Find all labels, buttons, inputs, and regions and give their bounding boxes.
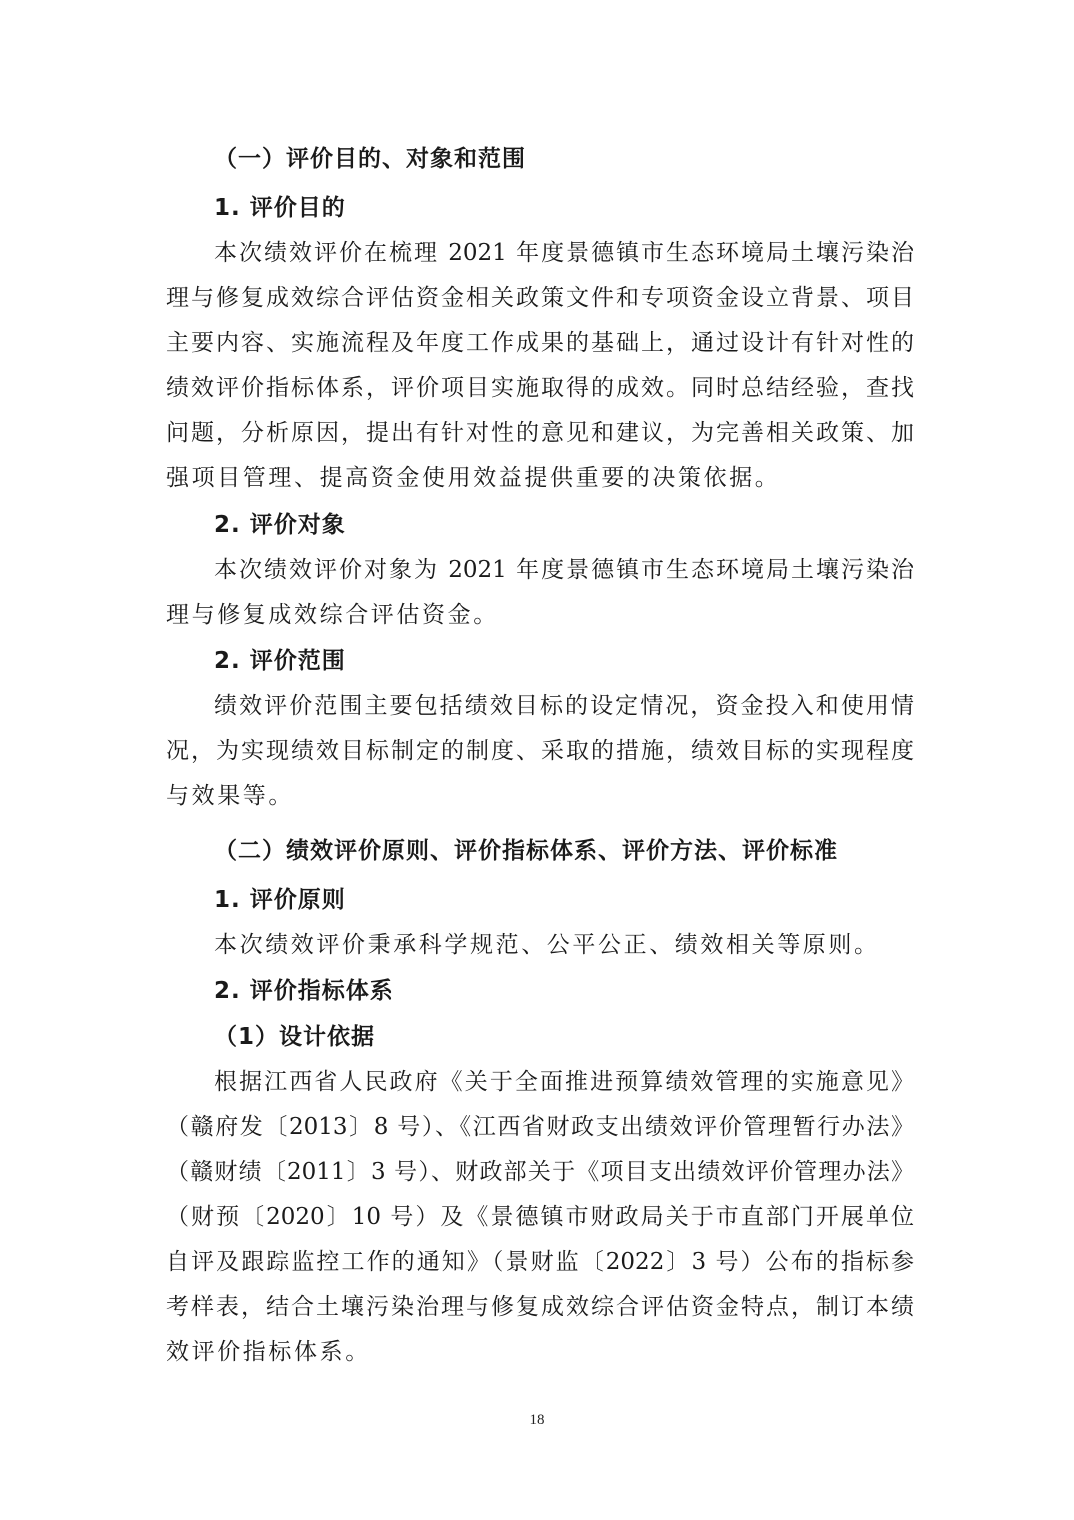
page-number: 18 — [0, 1412, 1074, 1429]
subsection-heading: 2. 评价指标体系 — [214, 976, 962, 1006]
paragraph-line: 根据江西省人民政府《关于全面推进预算绩效管理的实施意见》 — [214, 1067, 914, 1097]
paragraph-line: 强项目管理、提高资金使用效益提供重要的决策依据。 — [166, 463, 914, 493]
section-heading: （二）绩效评价原则、评价指标体系、评价方法、评价标准 — [214, 836, 962, 866]
paragraph-line: 绩效评价指标体系，评价项目实施取得的成效。同时总结经验，查找 — [166, 373, 914, 403]
paragraph-line: 本次绩效评价对象为 2021 年度景德镇市生态环境局土壤污染治 — [214, 555, 914, 585]
paragraph-line: 本次绩效评价在梳理 2021 年度景德镇市生态环境局土壤污染治 — [214, 238, 914, 268]
subsection-heading: 2. 评价对象 — [214, 510, 962, 540]
paragraph-line: 本次绩效评价秉承科学规范、公平公正、绩效相关等原则。 — [214, 930, 914, 960]
paragraph-line: （赣财绩〔2011〕3 号）、财政部关于《项目支出绩效评价管理办法》 — [166, 1157, 914, 1187]
subsection-heading: 2. 评价范围 — [214, 646, 962, 676]
subsection-heading: 1. 评价原则 — [214, 885, 962, 915]
paragraph-line: 绩效评价范围主要包括绩效目标的设定情况，资金投入和使用情 — [214, 691, 914, 721]
paragraph-line: （赣府发〔2013〕8 号）、《江西省财政支出绩效评价管理暂行办法》 — [166, 1112, 914, 1142]
paragraph-line: 自评及跟踪监控工作的通知》（景财监〔2022〕3 号）公布的指标参 — [166, 1247, 914, 1277]
paragraph-line: 理与修复成效综合评估资金相关政策文件和专项资金设立背景、项目 — [166, 283, 914, 313]
paragraph-line: 问题，分析原因，提出有针对性的意见和建议，为完善相关政策、加 — [166, 418, 914, 448]
paragraph-line: 考样表，结合土壤污染治理与修复成效综合评估资金特点，制订本绩 — [166, 1292, 914, 1322]
paragraph-line: 主要内容、实施流程及年度工作成果的基础上，通过设计有针对性的 — [166, 328, 914, 358]
paragraph-line: 与效果等。 — [166, 781, 914, 811]
paragraph-line: 效评价指标体系。 — [166, 1337, 914, 1367]
paragraph-line: 况，为实现绩效目标制定的制度、采取的措施，绩效目标的实现程度 — [166, 736, 914, 766]
document-page: 18 （一）评价目的、对象和范围1. 评价目的本次绩效评价在梳理 2021 年度… — [0, 0, 1074, 1520]
paragraph-line: 理与修复成效综合评估资金。 — [166, 600, 914, 630]
paragraph-line: （财预〔2020〕10 号）及《景德镇市财政局关于市直部门开展单位 — [166, 1202, 914, 1232]
sub-subsection-heading: （1）设计依据 — [214, 1022, 962, 1052]
subsection-heading: 1. 评价目的 — [214, 193, 962, 223]
section-heading: （一）评价目的、对象和范围 — [214, 144, 962, 174]
